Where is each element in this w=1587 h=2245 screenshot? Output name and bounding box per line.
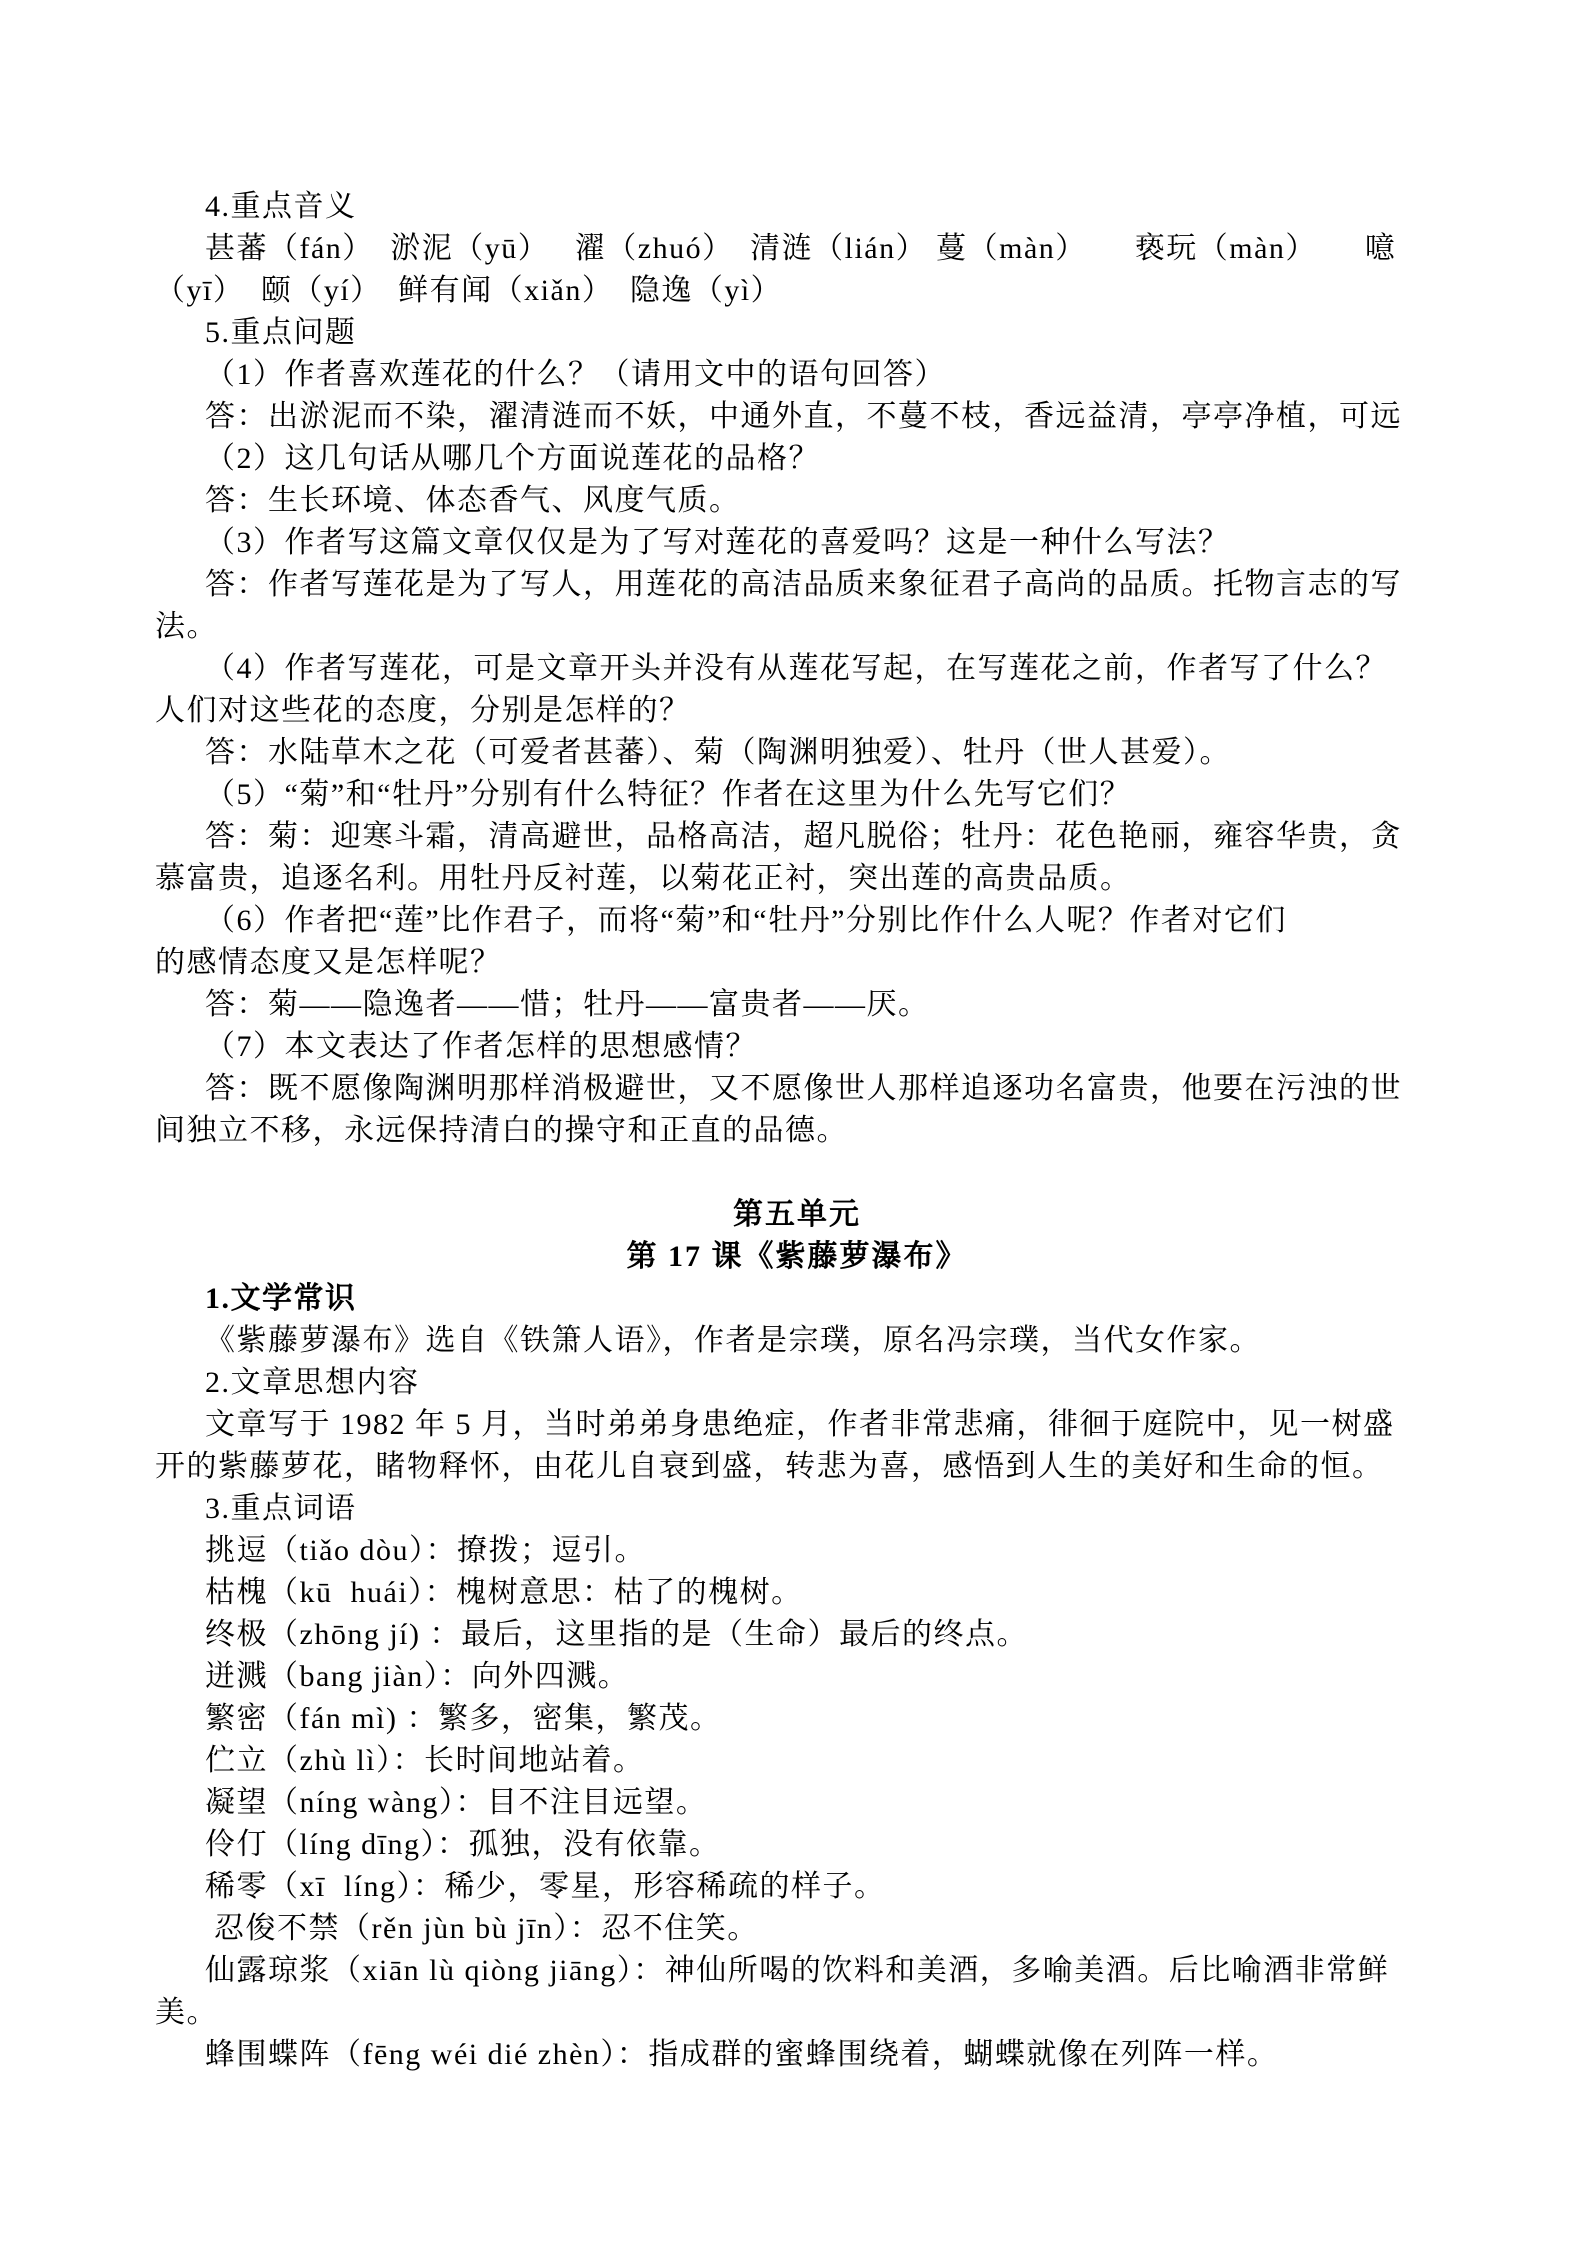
document-line: 2.文章思想内容 <box>155 1362 1439 1404</box>
document-line: 答：生长环境、体态香气、风度气质。 <box>155 480 1439 522</box>
document-line: 迸溅（bang jiàn）：向外四溅。 <box>155 1656 1439 1698</box>
document-line: 答：既不愿像陶渊明那样消极避世，又不愿像世人那样追逐功名富贵，他要在污浊的世 <box>155 1068 1439 1110</box>
document-line: 繁密（fán mì) ：繁多，密集，繁茂。 <box>155 1698 1439 1740</box>
document-line: 挑逗（tiǎo dòu）：撩拨；逗引。 <box>155 1530 1439 1572</box>
document-line: 稀零（xī líng）：稀少，零星，形容稀疏的样子。 <box>155 1866 1439 1908</box>
document-line: 仙露琼浆（xiān lù qiòng jiāng）：神仙所喝的饮料和美酒，多喻美… <box>155 1950 1439 2034</box>
document-line: 蜂围蝶阵（fēng wéi dié zhèn）：指成群的蜜蜂围绕着，蝴蝶就像在列… <box>155 2034 1439 2076</box>
document-line: （4）作者写莲花，可是文章开头并没有从莲花写起，在写莲花之前，作者写了什么？ <box>155 648 1439 690</box>
document-line: 开的紫藤萝花，睹物释怀，由花儿自衰到盛，转悲为喜，感悟到人生的美好和生命的恒。 <box>155 1446 1439 1488</box>
document-line: 伶仃（líng dīng）：孤独，没有依靠。 <box>155 1824 1439 1866</box>
document-line: 文章写于 1982 年 5 月，当时弟弟身患绝症，作者非常悲痛，徘徊于庭院中，见… <box>155 1404 1439 1446</box>
document-line <box>155 1152 1439 1194</box>
document-line: 凝望（níng wàng）：目不注目远望。 <box>155 1782 1439 1824</box>
document-line: 5.重点问题 <box>155 312 1439 354</box>
document-line: （7）本文表达了作者怎样的思想感情？ <box>155 1026 1439 1068</box>
document-line: 法。 <box>155 606 1439 648</box>
document-line: 3.重点词语 <box>155 1488 1439 1530</box>
document-line: 的感情态度又是怎样呢？ <box>155 942 1439 984</box>
document-line: 甚蕃（fán） 淤泥（yū） 濯（zhuó） 清涟（lián） 蔓（màn） 亵… <box>155 228 1439 270</box>
document-content: 4.重点音义甚蕃（fán） 淤泥（yū） 濯（zhuó） 清涟（lián） 蔓（… <box>0 0 1587 2076</box>
document-line: （6）作者把“莲”比作君子，而将“菊”和“牡丹”分别比作什么人呢？作者对它们 <box>155 900 1439 942</box>
document-line: （1）作者喜欢莲花的什么？（请用文中的语句回答） <box>155 354 1439 396</box>
document-page: 4.重点音义甚蕃（fán） 淤泥（yū） 濯（zhuó） 清涟（lián） 蔓（… <box>0 0 1587 2245</box>
document-line: 第五单元 <box>155 1194 1439 1236</box>
document-line: 间独立不移，永远保持清白的操守和正直的品德。 <box>155 1110 1439 1152</box>
document-line: 4.重点音义 <box>155 186 1439 228</box>
document-line: （3）作者写这篇文章仅仅是为了写对莲花的喜爱吗？这是一种什么写法？ <box>155 522 1439 564</box>
document-line: 《紫藤萝瀑布》选自《铁箫人语》，作者是宗璞，原名冯宗璞，当代女作家。 <box>155 1320 1439 1362</box>
document-line: 第 17 课《紫藤萝瀑布》 <box>155 1236 1439 1278</box>
document-line: 答：菊：迎寒斗霜，清高避世，品格高洁，超凡脱俗；牡丹：花色艳丽，雍容华贵，贪 <box>155 816 1439 858</box>
document-line: 慕富贵，追逐名利。用牡丹反衬莲，以菊花正衬，突出莲的高贵品质。 <box>155 858 1439 900</box>
document-line: 答：水陆草木之花（可爱者甚蕃）、菊（陶渊明独爱）、牡丹（世人甚爱）。 <box>155 732 1439 774</box>
document-line: 答：作者写莲花是为了写人，用莲花的高洁品质来象征君子高尚的品质。托物言志的写 <box>155 564 1439 606</box>
document-line: （5）“菊”和“牡丹”分别有什么特征？作者在这里为什么先写它们？ <box>155 774 1439 816</box>
document-line: （yī） 颐（yí） 鲜有闻（xiǎn） 隐逸（yì） <box>155 270 1439 312</box>
document-line: 1.文学常识 <box>155 1278 1439 1320</box>
document-line: 答：出淤泥而不染，濯清涟而不妖，中通外直，不蔓不枝，香远益清，亭亭净植，可远 <box>155 396 1439 438</box>
document-line: 人们对这些花的态度，分别是怎样的？ <box>155 690 1439 732</box>
document-line: 答：菊——隐逸者——惜；牡丹——富贵者——厌。 <box>155 984 1439 1026</box>
document-line: （2）这几句话从哪几个方面说莲花的品格？ <box>155 438 1439 480</box>
document-line: 忍俊不禁（rěn jùn bù jīn）：忍不住笑。 <box>155 1908 1439 1950</box>
document-line: 终极（zhōng jí) ：最后，这里指的是（生命）最后的终点。 <box>155 1614 1439 1656</box>
document-line: 伫立（zhù lì）：长时间地站着。 <box>155 1740 1439 1782</box>
document-line: 枯槐（kū huái）：槐树意思：枯了的槐树。 <box>155 1572 1439 1614</box>
